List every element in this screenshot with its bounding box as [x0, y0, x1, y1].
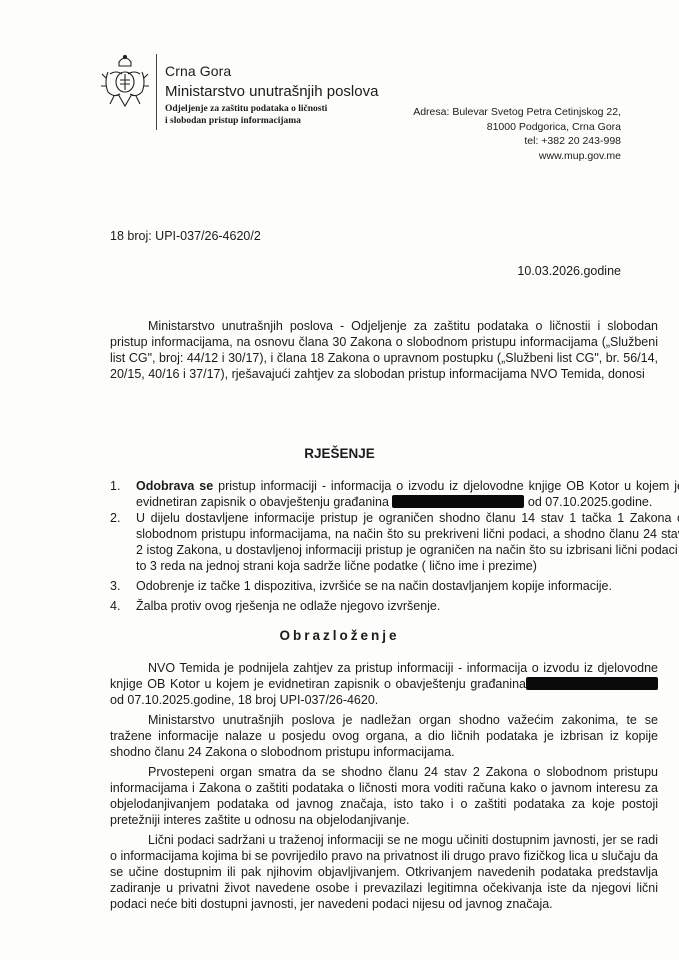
reasoning-title: Obrazloženje — [0, 628, 679, 643]
redaction-box — [392, 495, 524, 508]
ministry-name: Ministarstvo unutrašnjih poslova — [165, 83, 378, 100]
letterhead-divider — [156, 54, 157, 130]
item-text: Odobrenje iz tačke 1 dispozitiva, izvrši… — [136, 579, 612, 593]
document-date: 10.03.2026.godine — [517, 264, 621, 278]
department-line-1: Odjeljenje za zaštitu podataka o ličnost… — [165, 103, 378, 115]
item-text: U dijelu dostavljene informacije pristup… — [136, 511, 679, 573]
item-number: 4. — [110, 598, 120, 614]
reasoning-paragraph-4: Lični podaci sadržani u traženoj informa… — [110, 832, 658, 912]
decision-items: 1. Odobrava se pristup informaciji - inf… — [110, 478, 679, 614]
reasoning-paragraph-2: Ministarstvo unutrašnjih poslova je nadl… — [110, 712, 658, 760]
organization-block: Crna Gora Ministarstvo unutrašnjih poslo… — [165, 52, 378, 127]
decision-title: RJEŠENJE — [0, 446, 679, 461]
item-text: Žalba protiv ovog rješenja ne odlaže nje… — [136, 599, 440, 613]
item-number: 3. — [110, 578, 120, 594]
item-number: 2. — [110, 510, 120, 526]
contact-block: Adresa: Bulevar Svetog Petra Cetinjskog … — [413, 105, 621, 163]
decision-item-4: 4. Žalba protiv ovog rješenja ne odlaže … — [136, 598, 679, 614]
intro-paragraph: Ministarstvo unutrašnjih poslova - Odjel… — [110, 318, 658, 382]
phone-number: tel: +382 20 243-998 — [413, 134, 621, 149]
item-bold-lead: Odobrava se — [136, 479, 213, 493]
decision-item-1: 1. Odobrava se pristup informaciji - inf… — [136, 478, 679, 510]
redaction-box — [526, 677, 658, 690]
montenegro-coat-of-arms-icon — [100, 52, 150, 114]
website: www.mup.gov.me — [413, 149, 621, 164]
item-number: 1. — [110, 478, 120, 494]
reasoning-p1-text-end: od 07.10.2025.godine, 18 broj UPI-037/26… — [110, 693, 378, 707]
address-line-2: 81000 Podgorica, Crna Gora — [413, 120, 621, 135]
decision-item-2: 2. U dijelu dostavljene informacije pris… — [136, 510, 679, 574]
reasoning-paragraph-1: NVO Temida je podnijela zahtjev za prist… — [110, 660, 658, 708]
country-name: Crna Gora — [165, 63, 378, 79]
department-line-2: i slobodan pristup informacijama — [165, 115, 378, 127]
item-text-end: od 07.10.2025.godine. — [524, 495, 652, 509]
reference-number: 18 broj: UPI-037/26-4620/2 — [110, 229, 261, 243]
address-line-1: Adresa: Bulevar Svetog Petra Cetinjskog … — [413, 105, 621, 120]
decision-item-3: 3. Odobrenje iz tačke 1 dispozitiva, izv… — [136, 578, 679, 594]
document-page: Crna Gora Ministarstvo unutrašnjih poslo… — [0, 0, 679, 960]
reasoning-paragraph-3: Prvostepeni organ smatra da se shodno čl… — [110, 764, 658, 828]
department-name: Odjeljenje za zaštitu podataka o ličnost… — [165, 103, 378, 127]
letterhead: Crna Gora Ministarstvo unutrašnjih poslo… — [100, 52, 378, 130]
